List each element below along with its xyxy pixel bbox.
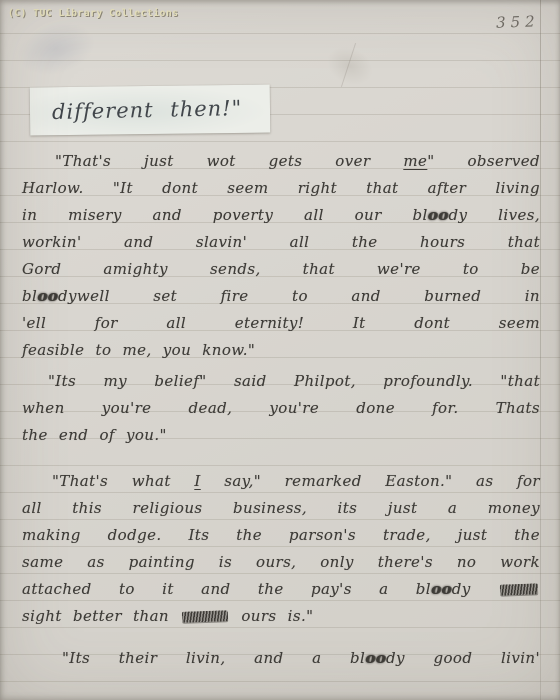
manuscript-line: "That's just wot gets over me" observed xyxy=(22,148,540,175)
manuscript-line: feasible to me, you know." xyxy=(22,337,540,364)
manuscript-line: workin' and slavin' all the hours that xyxy=(22,229,540,256)
smudge xyxy=(321,40,380,93)
paragraph: "That's what I say," remarked Easton." a… xyxy=(22,468,540,630)
manuscript-line: Gord amighty sends, that we're to be xyxy=(22,256,540,283)
text-segment: same as painting is ours, only there's n… xyxy=(22,553,540,571)
pasted-label-text: different then!" xyxy=(52,96,243,124)
manuscript-line: making dodge. Its the parson's trade, ju… xyxy=(22,522,540,549)
text-segment: making dodge. Its the parson's trade, ju… xyxy=(22,526,540,544)
manuscript: "That's just wot gets over me" observedH… xyxy=(22,148,540,672)
text-segment: dywell set fire to and burned in xyxy=(58,287,540,305)
underlined-word: me xyxy=(403,152,427,170)
manuscript-line: attached to it and the pay's a bloody xyxy=(22,576,540,603)
text-segment: sight better than xyxy=(22,607,180,625)
pasted-label: different then!" xyxy=(30,85,271,136)
ink-blot-letters: oo xyxy=(365,649,386,667)
text-segment: say," remarked Easton." as for xyxy=(201,472,540,490)
text-segment: ours is." xyxy=(230,607,313,625)
text-segment: Harlow. "It dont seem right that after l… xyxy=(22,179,540,197)
text-segment: " observed xyxy=(427,152,540,170)
manuscript-line: in misery and poverty all our bloody liv… xyxy=(22,202,540,229)
scribbled-out-word xyxy=(182,610,228,623)
manuscript-line: sight better than ours is." xyxy=(22,603,540,630)
page-number: 352 xyxy=(496,12,540,32)
text-segment: dy lives, xyxy=(448,206,540,224)
text-segment: attached to it and the pay's a bl xyxy=(22,580,431,598)
manuscript-line: when you're dead, you're done for. Thats xyxy=(22,395,540,422)
manuscript-line: "That's what I say," remarked Easton." a… xyxy=(22,468,540,495)
text-segment: "That's what xyxy=(52,472,194,490)
manuscript-line: bloodywell set fire to and burned in xyxy=(22,283,540,310)
scribbled-out-word xyxy=(500,583,538,595)
text-segment: dy good livin' xyxy=(386,649,540,667)
ink-blot-letters: oo xyxy=(428,206,449,224)
text-segment: in misery and poverty all our bl xyxy=(22,206,428,224)
manuscript-line: the end of you." xyxy=(22,422,540,449)
text-segment: when you're dead, you're done for. Thats xyxy=(22,399,540,417)
paragraph: "Its my belief" said Philpot, profoundly… xyxy=(22,368,540,449)
text-segment: "Its their livin, and a bl xyxy=(62,649,365,667)
manuscript-line: "Its my belief" said Philpot, profoundly… xyxy=(22,368,540,395)
smudge xyxy=(11,14,101,83)
text-segment: feasible to me, you know." xyxy=(22,341,255,359)
library-watermark: (C) TUC Library Collections xyxy=(8,8,179,19)
text-segment: dy xyxy=(452,580,498,598)
manuscript-line: 'ell for all eternity! It dont seem xyxy=(22,310,540,337)
manuscript-page: (C) TUC Library Collections 352 differen… xyxy=(0,0,560,700)
paragraph: "Its their livin, and a bloody good livi… xyxy=(22,645,540,672)
text-segment: "Its my belief" said Philpot, profoundly… xyxy=(48,372,540,390)
ink-blot-letters: oo xyxy=(431,580,452,598)
manuscript-line: "Its their livin, and a bloody good livi… xyxy=(22,645,540,672)
manuscript-line: all this religious business, its just a … xyxy=(22,495,540,522)
page-crease xyxy=(341,43,356,87)
ink-blot-letters: oo xyxy=(37,287,58,305)
text-segment: "That's just wot gets over xyxy=(55,152,403,170)
text-segment: workin' and slavin' all the hours that xyxy=(22,233,540,251)
manuscript-line: Harlow. "It dont seem right that after l… xyxy=(22,175,540,202)
paragraph: "That's just wot gets over me" observedH… xyxy=(22,148,540,364)
text-segment: bl xyxy=(22,287,37,305)
text-segment: Gord amighty sends, that we're to be xyxy=(22,260,540,278)
text-segment: 'ell for all eternity! It dont seem xyxy=(22,314,540,332)
manuscript-line: same as painting is ours, only there's n… xyxy=(22,549,540,576)
text-segment: the end of you." xyxy=(22,426,167,444)
text-segment: all this religious business, its just a … xyxy=(22,499,540,517)
page-crease xyxy=(540,0,541,700)
